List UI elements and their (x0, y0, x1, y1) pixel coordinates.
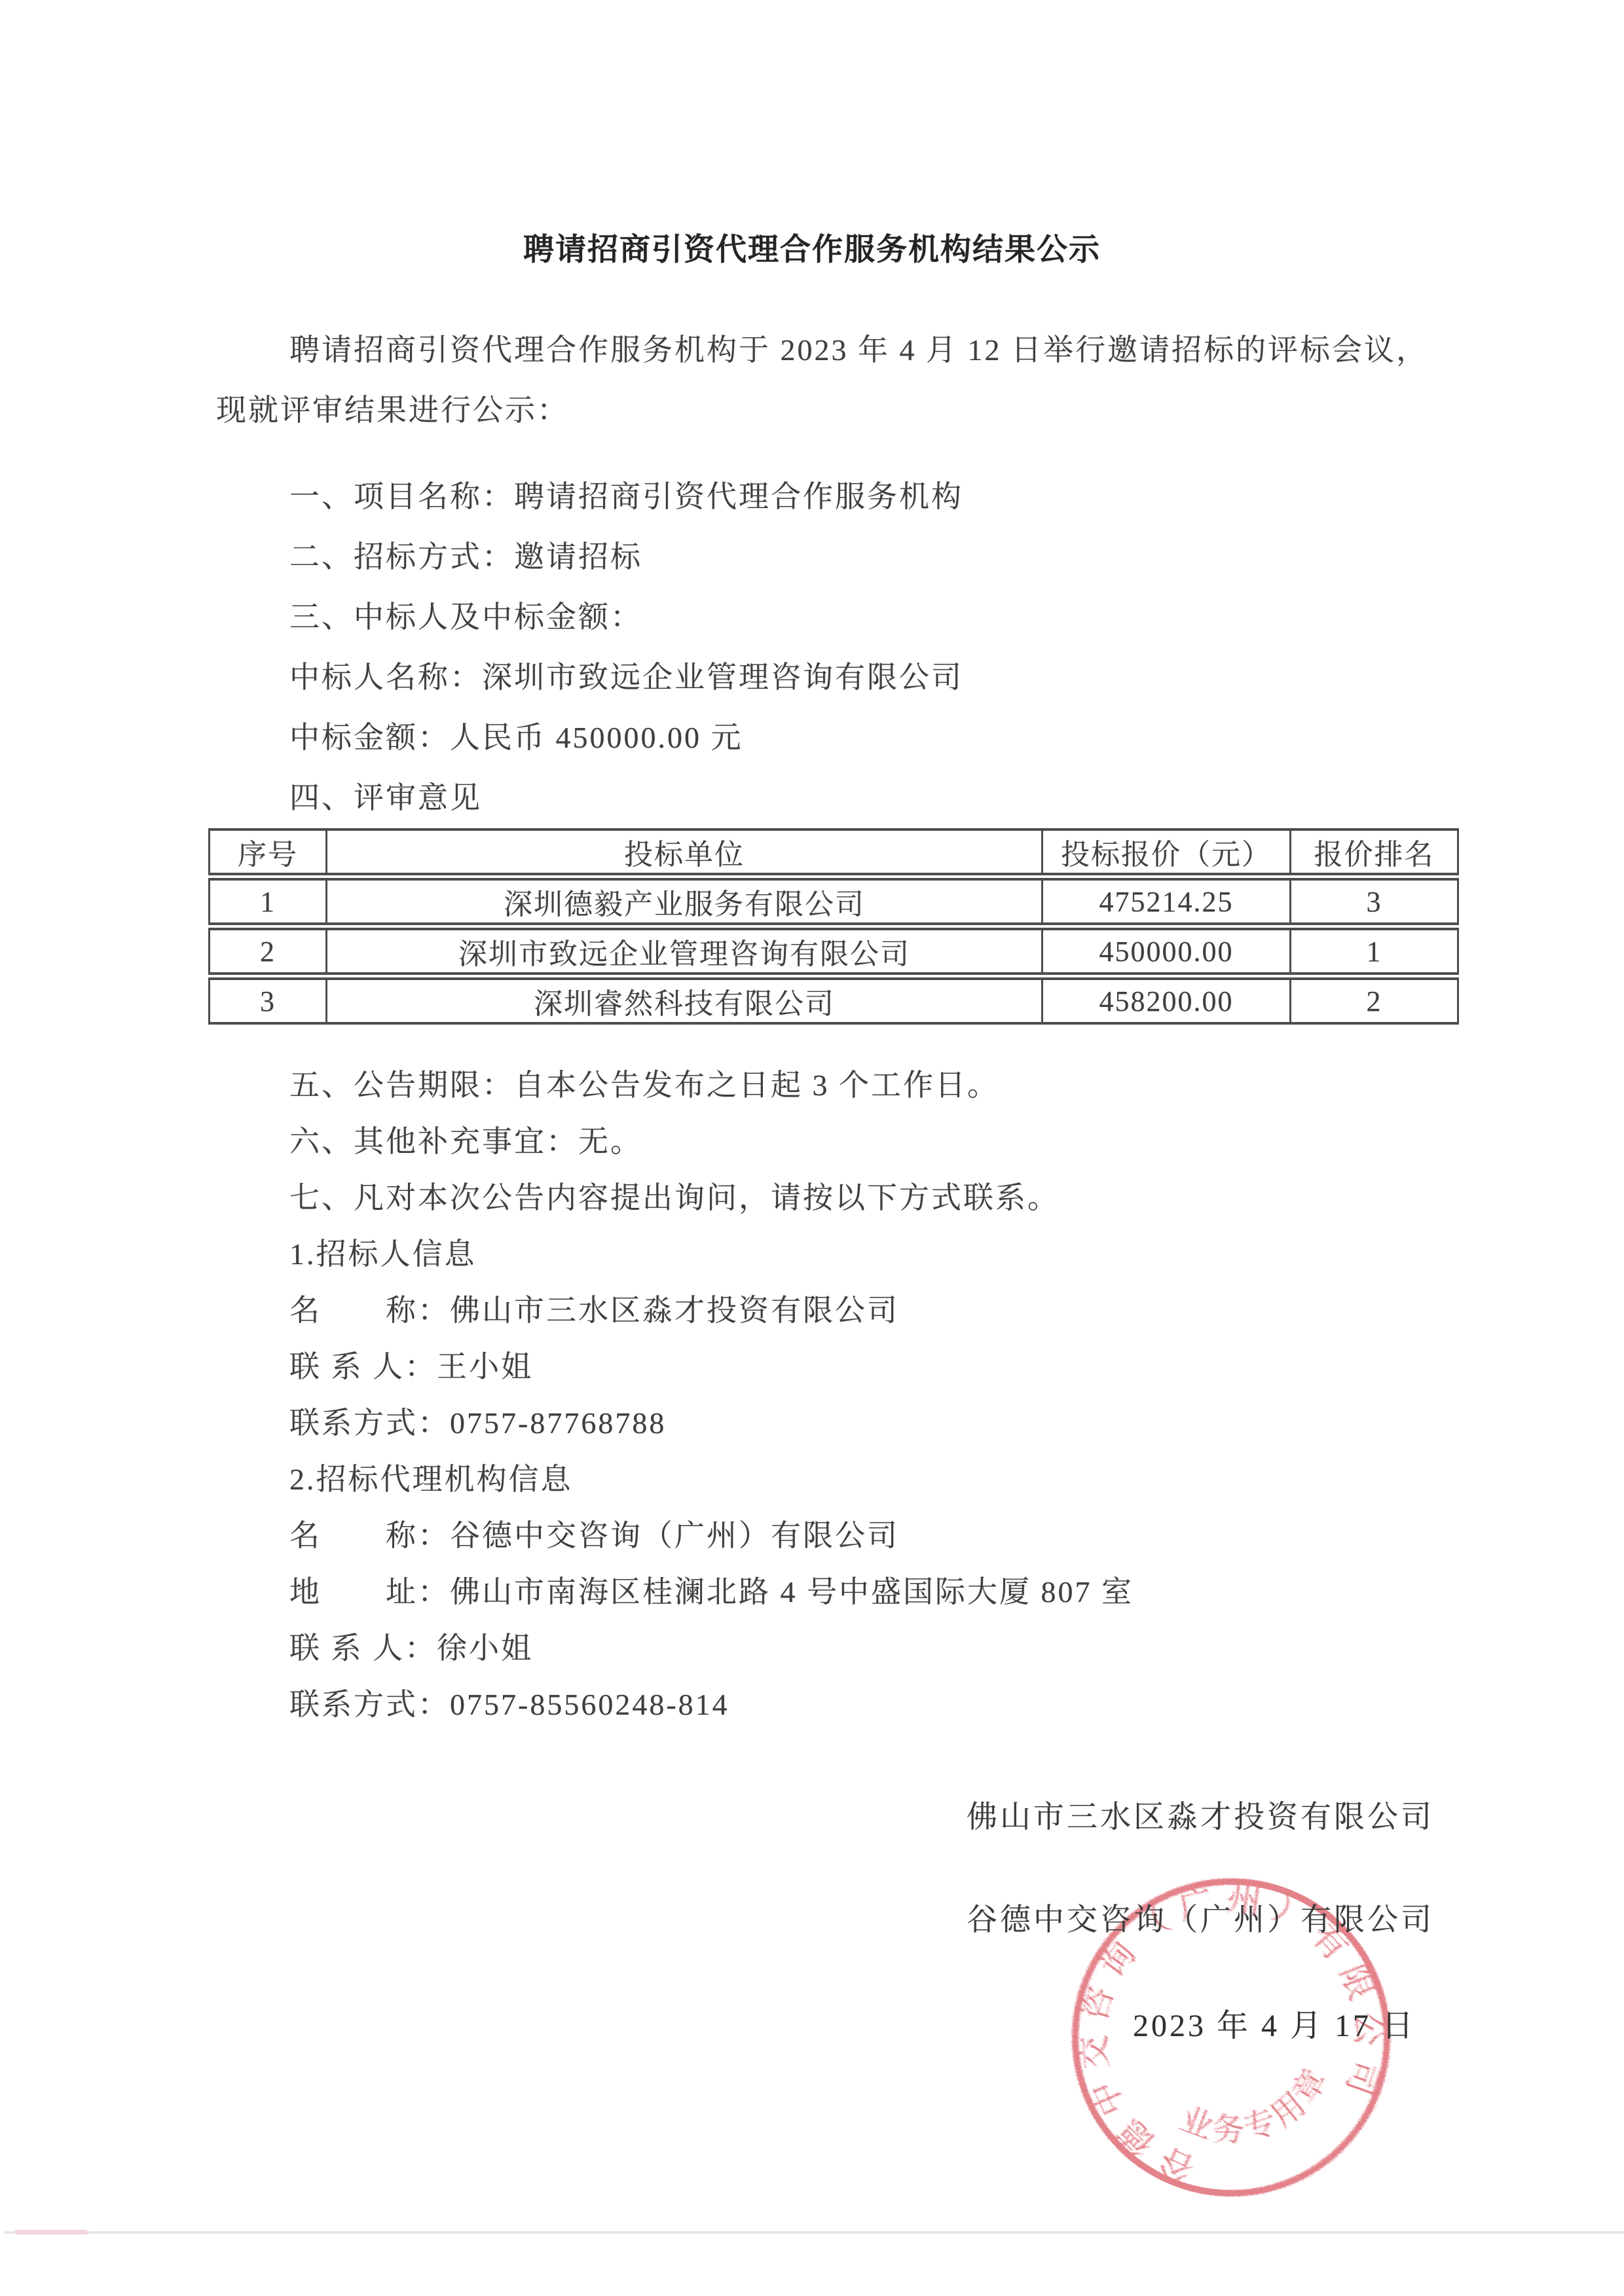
item-winner-heading: 三、中标人及中标金额： (216, 587, 1434, 647)
table-header-row: 序号 投标单位 投标报价（元） 报价排名 (210, 829, 1458, 877)
item-supplement: 六、其他补充事宜：无。 (216, 1114, 1434, 1170)
tenderer-name-line: 名 称：佛山市三水区淼才投资有限公司 (216, 1283, 1434, 1339)
signature-date: 2023 年 4 月 17 日 (1133, 2000, 1416, 2045)
agency-address-line: 地 址：佛山市南海区桂澜北路 4 号中盛国际大厦 807 室 (216, 1564, 1434, 1620)
evaluation-table: 序号 投标单位 投标报价（元） 报价排名 1 深圳德毅产业服务有限公司 4752… (208, 828, 1459, 1025)
col-header-price: 投标报价（元） (1043, 829, 1291, 877)
agency-contact-line: 联 系 人：徐小姐 (216, 1620, 1434, 1677)
cell-bidder: 深圳德毅产业服务有限公司 (327, 877, 1043, 926)
cell-index: 1 (210, 877, 327, 926)
table-row: 2 深圳市致远企业管理咨询有限公司 450000.00 1 (210, 926, 1458, 976)
agency-name-line: 名 称：谷德中交咨询（广州）有限公司 (216, 1508, 1434, 1564)
cell-rank: 2 (1291, 976, 1458, 1023)
winner-amount-line: 中标金额：人民币 450000.00 元 (216, 708, 1434, 768)
tenderer-phone-line: 联系方式：0757-87768788 (216, 1395, 1434, 1451)
col-header-index: 序号 (210, 829, 327, 877)
scan-artifact-line (4, 2231, 1624, 2234)
item-inquiry: 七、凡对本次公告内容提出询问，请按以下方式联系。 (216, 1170, 1434, 1226)
intro-line-1: 聘请招商引资代理合作服务机构于 2023 年 4 月 12 日举行邀请招标的评标… (216, 320, 1434, 380)
item-notice-period: 五、公告期限：自本公告发布之日起 3 个工作日。 (216, 1057, 1434, 1114)
tenderer-contact-line: 联 系 人：王小姐 (216, 1339, 1434, 1395)
cell-bidder: 深圳睿然科技有限公司 (327, 976, 1043, 1023)
document-page: 聘请招商引资代理合作服务机构结果公示 聘请招商引资代理合作服务机构于 2023 … (0, 0, 1624, 2296)
tenderer-info-heading: 1.招标人信息 (216, 1226, 1434, 1283)
winner-name-line: 中标人名称：深圳市致远企业管理咨询有限公司 (216, 647, 1434, 708)
agency-info-heading: 2.招标代理机构信息 (216, 1451, 1434, 1508)
signature-company-tenderer: 佛山市三水区淼才投资有限公司 (967, 1793, 1434, 1836)
cell-bidder: 深圳市致远企业管理咨询有限公司 (327, 926, 1043, 976)
agency-phone-line: 联系方式：0757-85560248-814 (216, 1677, 1434, 1733)
col-header-rank: 报价排名 (1291, 829, 1458, 877)
cell-rank: 3 (1291, 877, 1458, 926)
table-row: 3 深圳睿然科技有限公司 458200.00 2 (210, 976, 1458, 1023)
signature-company-agency: 谷德中交咨询（广州）有限公司 (967, 1895, 1434, 1939)
item-bid-method: 二、招标方式：邀请招标 (216, 527, 1434, 587)
document-title: 聘请招商引资代理合作服务机构结果公示 (0, 0, 1624, 270)
item-project-name: 一、项目名称：聘请招商引资代理合作服务机构 (216, 467, 1434, 527)
cell-price: 475214.25 (1043, 877, 1291, 926)
intro-line-2: 现就评审结果进行公示： (216, 380, 1434, 441)
cell-index: 3 (210, 976, 327, 1023)
cell-rank: 1 (1291, 926, 1458, 976)
col-header-bidder: 投标单位 (327, 829, 1043, 877)
item-review-heading: 四、评审意见 (216, 768, 1434, 828)
scan-artifact-pink-mark (14, 2230, 88, 2234)
cell-price: 450000.00 (1043, 926, 1291, 976)
table-row: 1 深圳德毅产业服务有限公司 475214.25 3 (210, 877, 1458, 926)
cell-price: 458200.00 (1043, 976, 1291, 1023)
cell-index: 2 (210, 926, 327, 976)
